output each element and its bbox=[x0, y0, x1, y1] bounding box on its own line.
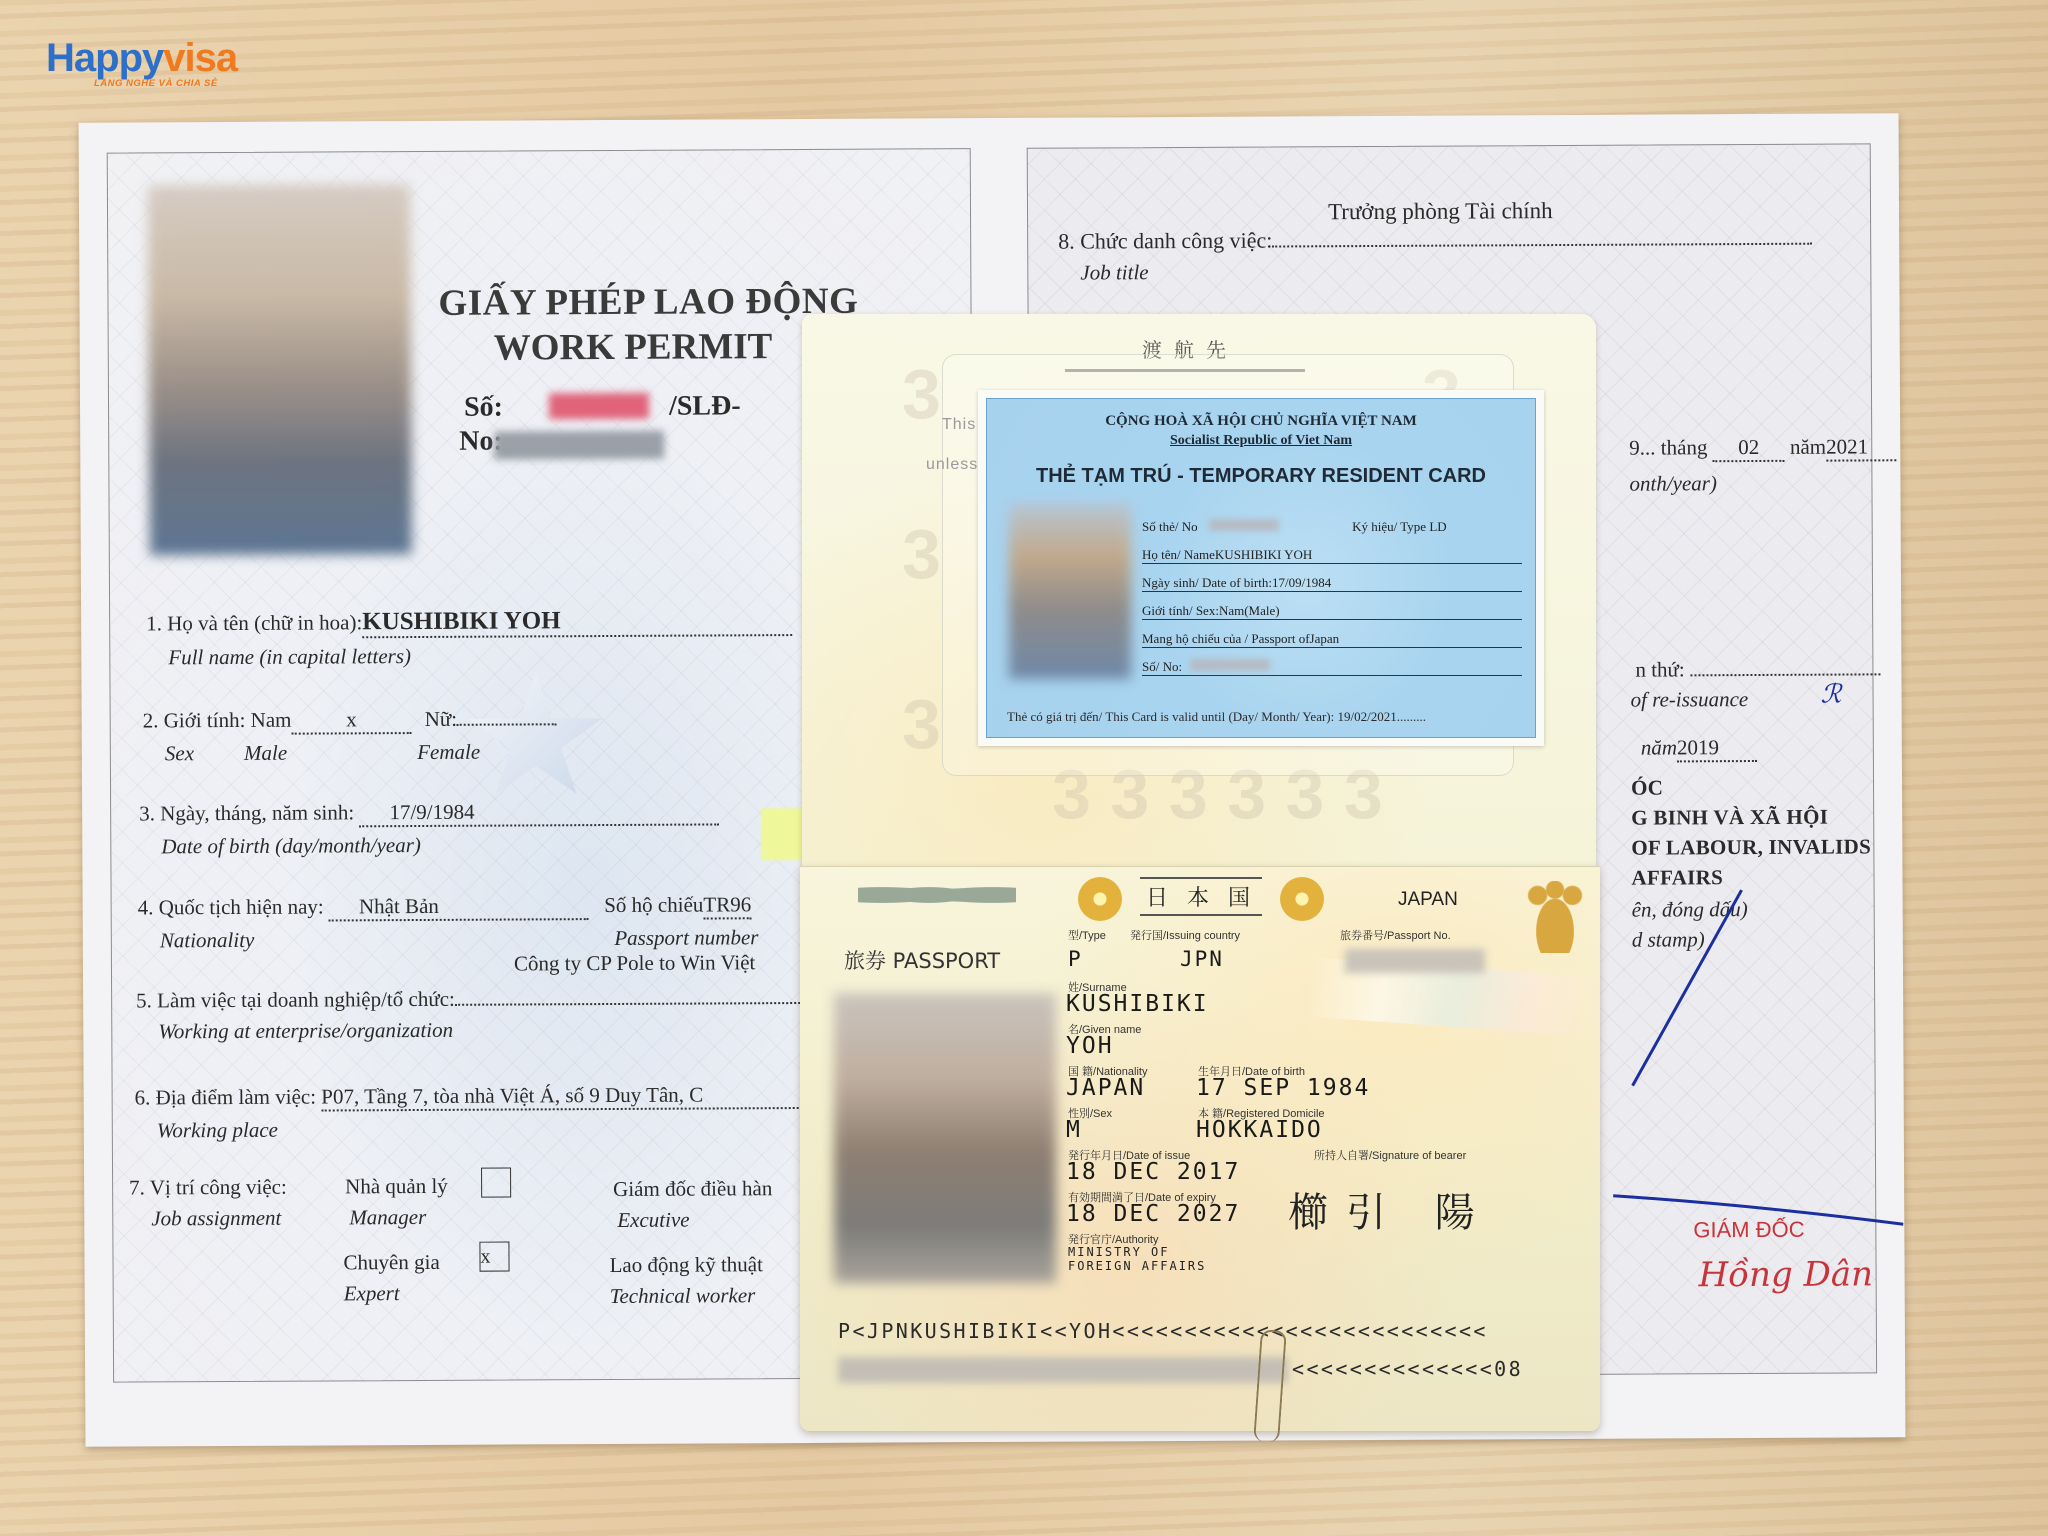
job-option-manager: Nhà quản lý Manager bbox=[345, 1174, 448, 1231]
expiry-date-value: 18 DEC 2027 bbox=[1066, 1201, 1240, 1227]
director-label: GIÁM ĐỐC bbox=[1693, 1217, 1804, 1244]
expert-checkbox: x bbox=[479, 1242, 509, 1272]
manager-checkbox bbox=[481, 1168, 511, 1198]
job-title-value: Trưởng phòng Tài chính bbox=[1328, 198, 1553, 225]
field-nationality: 4. Quốc tịch hiện nay: Nhật Bản Số hộ ch… bbox=[138, 892, 759, 953]
authority-value-2: FOREIGN AFFAIRS bbox=[1068, 1259, 1206, 1273]
temporary-resident-card: CỘNG HOÀ XÃ HỘI CHỦ NGHĨA VIỆT NAM Socia… bbox=[978, 390, 1544, 746]
field-job-assignment: 7. Vị trí công việc: Job assignment bbox=[129, 1175, 287, 1232]
issuing-country-value: JPN bbox=[1180, 947, 1224, 971]
passport-number-label: 旅券番号/Passport No. bbox=[1340, 927, 1451, 943]
authority-value-1: MINISTRY OF bbox=[1068, 1245, 1169, 1259]
given-name-value: YOH bbox=[1066, 1033, 1114, 1059]
authority-line-2: G BINH VÀ XÃ HỘI bbox=[1631, 805, 1828, 831]
card-dob-row: Ngày sinh/ Date of birth:17/09/1984 bbox=[1142, 575, 1522, 592]
cherry-blossom-ornament bbox=[858, 877, 1016, 913]
passport-photo-redacted bbox=[834, 993, 1056, 1283]
job-option-technical-worker: Lao động kỹ thuật Technical worker bbox=[609, 1252, 763, 1309]
director-name: Hồng Dân bbox=[1698, 1254, 1873, 1295]
watermark: 3 bbox=[902, 684, 941, 764]
type-label: 型/Type bbox=[1068, 927, 1106, 943]
issue-date-value: 18 DEC 2017 bbox=[1066, 1159, 1240, 1185]
watermark: 3 bbox=[902, 514, 941, 594]
job-title-label-en: Job title bbox=[1080, 260, 1148, 285]
full-name-value: KUSHIBIKI YOH bbox=[362, 606, 792, 638]
passport-number-value: TR96 bbox=[703, 892, 751, 919]
handwritten-mark: ℛ bbox=[1820, 680, 1841, 710]
card-photo-redacted bbox=[1009, 504, 1131, 679]
work-permit-title-vi: GIẤY PHÉP LAO ĐỘNG bbox=[438, 280, 858, 325]
dob-value: 17/9/1984 bbox=[359, 798, 719, 827]
passport-number-redacted bbox=[1345, 949, 1485, 973]
card-name-row: Họ tên/ NameKUSHIBIKI YOH bbox=[1142, 547, 1522, 564]
mrz-line-2-tail: <<<<<<<<<<<<<<08 bbox=[1292, 1357, 1523, 1381]
field-working-place: 6. Địa điểm làm việc: P07, Tầng 7, tòa n… bbox=[135, 1082, 842, 1144]
chrysanthemum-icon bbox=[1078, 877, 1122, 921]
employer-value: Công ty CP Pole to Win Việt bbox=[514, 950, 756, 976]
permit-number-suffix: /SLĐ- bbox=[669, 390, 741, 422]
valid-until-label-en: onth/year) bbox=[1629, 471, 1717, 496]
field-sex: 2. Giới tính: Namx Nữ: SexMaleFemale bbox=[143, 706, 558, 766]
mrz-line-2-redacted bbox=[838, 1357, 1288, 1383]
reissue-label-en: of re-issuance bbox=[1631, 687, 1749, 713]
sex-male-mark: x bbox=[291, 707, 411, 735]
working-place-value: P07, Tầng 7, tòa nhà Việt Á, số 9 Duy Tâ… bbox=[321, 1082, 841, 1112]
card-face: CỘNG HOÀ XÃ HỘI CHỦ NGHĨA VIỆT NAM Socia… bbox=[986, 398, 1536, 738]
job-option-expert: Chuyên gia Expert bbox=[343, 1250, 440, 1307]
domicile-value: HOKKAIDO bbox=[1196, 1117, 1323, 1143]
signature-label: 所持人自署/Signature of bearer bbox=[1314, 1147, 1466, 1163]
permit-number-redacted bbox=[549, 393, 649, 420]
authority-line-3: OF LABOUR, INVALIDS bbox=[1631, 834, 1871, 860]
job-title-label: 8. Chức danh công việc: bbox=[1058, 225, 1812, 255]
passport-label: 旅券 PASSPORT bbox=[844, 945, 1000, 975]
issue-year: năm2019 bbox=[1641, 735, 1757, 763]
job-option-executive: Giám đốc điều hàn Excutive bbox=[613, 1176, 772, 1233]
card-passport-of-row: Mang hộ chiếu của / Passport ofJapan bbox=[1142, 631, 1522, 648]
surname-value: KUSHIBIKI bbox=[1066, 991, 1209, 1017]
card-number-row: Số thẻ/ No Ký hiệu/ Type LD bbox=[1142, 519, 1522, 535]
brand-tagline: LẮNG NGHE VÀ CHIA SẺ bbox=[94, 78, 237, 89]
field-full-name: 1. Họ và tên (chữ in hoa):KUSHIBIKI YOH … bbox=[146, 606, 792, 670]
holder-photo-redacted bbox=[148, 184, 412, 555]
country-name-en: JAPAN bbox=[1398, 889, 1458, 911]
country-name-jp: 日 本 国 bbox=[1140, 877, 1262, 916]
happyvisa-logo: Happyvisa LẮNG NGHE VÀ CHIA SẺ bbox=[46, 38, 237, 89]
faint-text: This bbox=[942, 416, 976, 434]
authority-line-1: ÓC bbox=[1631, 775, 1663, 800]
brand-name: Happyvisa bbox=[46, 38, 237, 78]
watermark: 3 bbox=[902, 354, 941, 434]
permit-number-label-vi: Số: bbox=[464, 392, 503, 424]
reissue-label: n thứ: bbox=[1635, 656, 1880, 682]
dob-value: 17 SEP 1984 bbox=[1196, 1075, 1370, 1101]
card-passport-no-row: Số/ No: bbox=[1142, 659, 1522, 676]
card-title: THẺ TẠM TRÚ - TEMPORARY RESIDENT CARD bbox=[987, 465, 1535, 488]
faint-text: unless bbox=[926, 456, 978, 474]
card-sex-row: Giới tính/ Sex:Nam(Male) bbox=[1142, 603, 1522, 620]
paulownia-crest-icon bbox=[1526, 881, 1584, 953]
valid-until-date: 9... tháng 02 năm2021 bbox=[1629, 434, 1896, 462]
field-employer: 5. Làm việc tại doanh nghiệp/tổ chức: Wo… bbox=[136, 985, 855, 1045]
work-permit-title-en: WORK PERMIT bbox=[494, 325, 773, 369]
passport-number-redacted bbox=[1190, 659, 1270, 671]
field-date-of-birth: 3. Ngày, tháng, năm sinh: 17/9/1984 Date… bbox=[139, 798, 720, 859]
mrz-line-1: P<JPNKUSHIBIKI<<YOH<<<<<<<<<<<<<<<<<<<<<… bbox=[838, 1319, 1488, 1343]
sex-value: M bbox=[1066, 1117, 1082, 1143]
permit-number-en-redacted bbox=[494, 431, 664, 460]
card-header-vi: CỘNG HOÀ XÃ HỘI CHỦ NGHĨA VIỆT NAM bbox=[987, 413, 1535, 430]
nationality-value: Nhật Bản bbox=[329, 893, 589, 921]
type-value: P bbox=[1068, 947, 1083, 971]
card-header-en: Socialist Republic of Viet Nam bbox=[987, 433, 1535, 449]
passport-data-page: 日 本 国 JAPAN 型/Type 発行国/Issuing country 旅… bbox=[800, 866, 1600, 1431]
nationality-value: JAPAN bbox=[1066, 1075, 1145, 1101]
director-signature-stroke bbox=[1572, 884, 1904, 1266]
bearer-signature: 櫛引 陽 bbox=[1288, 1181, 1493, 1238]
card-valid-until: Thẻ có giá trị đến/ This Card is valid u… bbox=[1007, 709, 1426, 725]
chrysanthemum-icon bbox=[1280, 877, 1324, 921]
card-number-redacted bbox=[1209, 519, 1279, 531]
issuing-country-label: 発行国/Issuing country bbox=[1130, 927, 1240, 943]
